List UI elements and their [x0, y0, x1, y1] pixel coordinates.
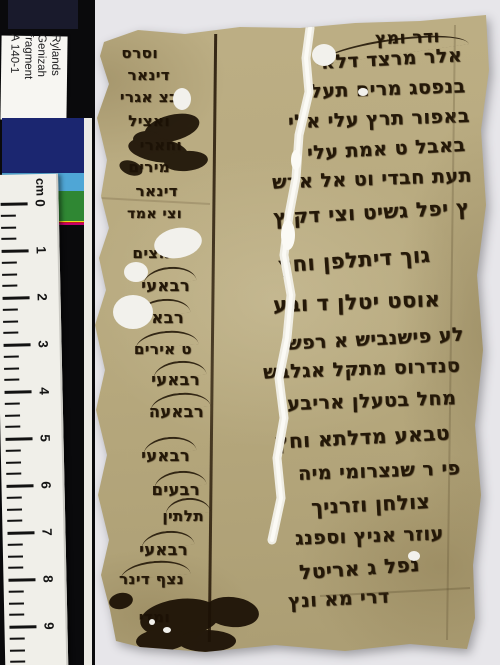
tear-bulge	[291, 150, 301, 170]
tear-bulge	[281, 220, 295, 250]
crease	[100, 198, 210, 204]
photo-stage: Rylands Genizah fragment A 140-1 cm01234…	[0, 0, 500, 665]
ink-blot-cluster-top	[117, 109, 208, 179]
ink-blot-cluster-bottom	[108, 591, 261, 653]
tear-crack-core	[272, 28, 310, 540]
hole	[124, 262, 148, 282]
hole	[173, 88, 191, 110]
crease	[447, 25, 455, 640]
hole	[149, 619, 155, 625]
hole	[408, 551, 420, 561]
hole	[113, 295, 153, 329]
damage-overlay	[0, 0, 500, 665]
hole	[163, 627, 171, 633]
hole	[358, 88, 368, 96]
manuscript-fragment-wrap: וסרסדינארכצ אגריואצילוחארימיריםדינארוצי …	[0, 0, 500, 665]
hole	[312, 44, 336, 66]
manuscript-fragment: וסרסדינארכצ אגריואצילוחארימיריםדינארוצי …	[0, 0, 500, 665]
hole	[152, 224, 204, 262]
